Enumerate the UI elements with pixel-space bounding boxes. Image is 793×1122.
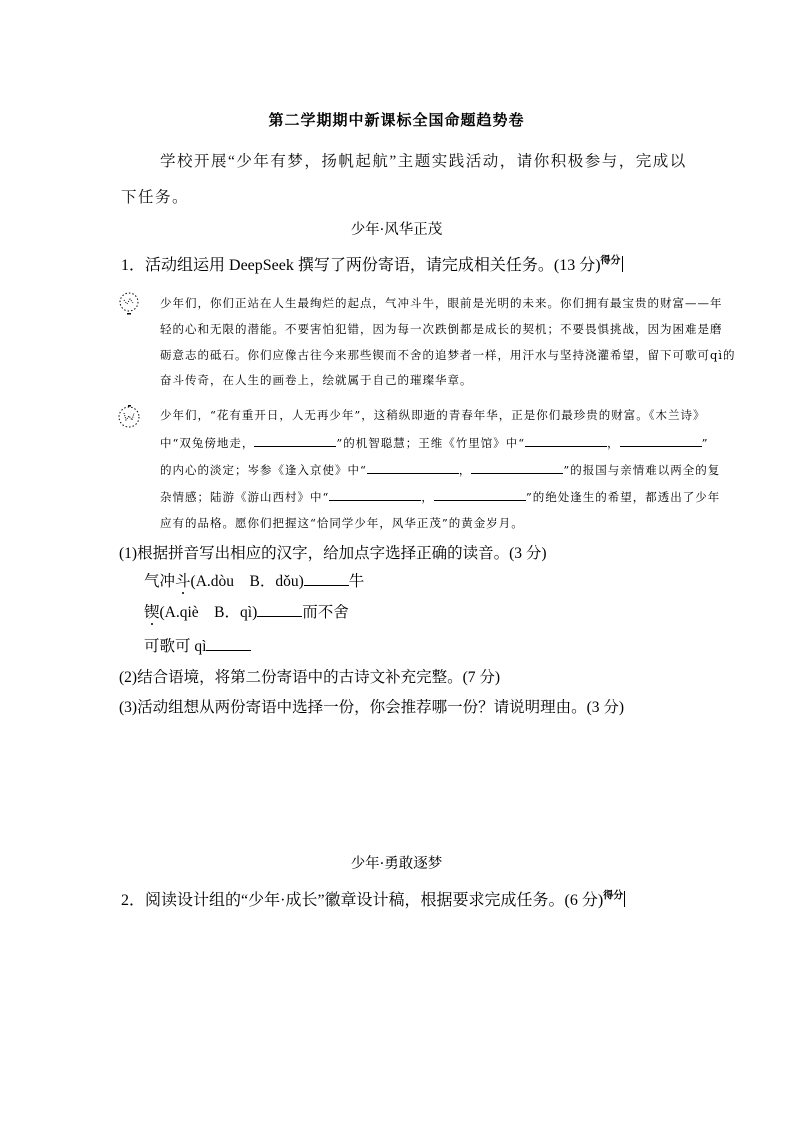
- score-input-cursor[interactable]: [622, 256, 623, 272]
- fill-blank[interactable]: [254, 434, 336, 447]
- text-segment: ”: [702, 436, 709, 450]
- answer-blank[interactable]: [304, 571, 349, 586]
- message-2-line-4: 杂情感；陆游《游山西村》中“，”的绝处逢生的希望，都透出了少年: [160, 484, 720, 510]
- intro-line-1: 学校开展“少年有梦，扬帆起航”主题实践活动，请你积极参与，完成以: [160, 149, 687, 171]
- fill-blank[interactable]: [434, 488, 526, 501]
- score-tag: 得分: [603, 891, 623, 902]
- pronunciation-options: (A.dòu B．dǒu): [191, 573, 304, 590]
- text-segment: ，: [459, 463, 472, 477]
- ai-avatar-icon: [116, 404, 142, 430]
- fill-blank[interactable]: [471, 461, 563, 474]
- text-segment: ”的机智聪慧；王维《竹里馆》中“: [336, 436, 525, 450]
- pinyin-item-3: 可歌可 qì: [144, 634, 251, 656]
- text-segment: 中“双兔傍地走，: [160, 436, 254, 450]
- answer-blank[interactable]: [257, 602, 302, 617]
- subquestion-3: (3)活动组想从两份寄语中选择一份，你会推荐哪一份？请说明理由。(3 分): [119, 695, 624, 717]
- message-1-line-4: 奋斗传奇，在人生的画卷上，绘就属于自己的璀璨华章。: [160, 367, 473, 393]
- message-2-line-3: 的内心的淡定；岑参《逢入京使》中“，”的报国与亲情难以两全的复: [160, 457, 720, 483]
- pronunciation-options: (A.qiè B．qì): [160, 604, 258, 621]
- score-tag: 得分: [601, 256, 621, 267]
- text-segment: ，: [421, 490, 434, 504]
- fill-blank[interactable]: [525, 434, 607, 447]
- text-segment: ，: [607, 436, 620, 450]
- subquestion-1: (1)根据拼音写出相应的汉字，给加点字选择正确的读音。(3 分): [119, 541, 547, 563]
- ai-avatar-icon: [116, 290, 142, 316]
- question-2: 2．阅读设计组的“少年·成长”徽章设计稿，根据要求完成任务。(6 分)得分: [121, 887, 625, 910]
- fill-blank[interactable]: [367, 461, 459, 474]
- message-1-line-2: 轻的心和无限的潜能。不要害怕犯错，因为每一次跌倒都是成长的契机；不要畏惧挑战，因…: [160, 316, 723, 342]
- fill-blank[interactable]: [329, 488, 421, 501]
- text-segment: 可歌可 qì: [144, 638, 206, 655]
- message-2-line-1: 少年们，“花有重开日，人无再少年”，这稍纵即逝的青春年华，正是你们最珍贵的财富。…: [160, 402, 706, 428]
- subquestion-2: (2)结合语境，将第二份寄语中的古诗文补充完整。(7 分): [119, 665, 500, 687]
- text-segment: 而不舍: [302, 604, 349, 621]
- score-input-cursor[interactable]: [624, 891, 625, 907]
- message-2-line-5: 应有的品格。愿你们把握这“恰同学少年，风华正茂”的黄金岁月。: [160, 510, 524, 536]
- question-1: 1．活动组运用 DeepSeek 撰写了两份寄语，请完成相关任务。(13 分)得…: [121, 252, 623, 275]
- text-segment: ”的报国与亲情难以两全的复: [563, 463, 720, 477]
- text-segment: 的内心的淡定；岑参《逢入京使》中“: [160, 463, 367, 477]
- text-segment: 牛: [349, 573, 365, 590]
- pinyin-item-1: 气冲斗(A.dòu B．dǒu)牛: [144, 569, 364, 591]
- question-text: 阅读设计组的“少年·成长”徽章设计稿，根据要求完成任务。(6 分): [145, 892, 603, 909]
- section-heading-1: 少年·风华正茂: [0, 218, 793, 239]
- intro-line-2: 下任务。: [121, 185, 189, 207]
- message-1-line-1: 少年们，你们正站在人生最绚烂的起点，气冲斗牛，眼前是光明的未来。你们拥有最宝贵的…: [160, 290, 723, 316]
- dotted-char: 斗: [175, 573, 191, 590]
- dotted-char: 锲: [144, 604, 160, 621]
- fill-blank[interactable]: [620, 434, 702, 447]
- question-number: 1．: [121, 257, 145, 274]
- question-number: 2．: [121, 892, 145, 909]
- pinyin-item-2: 锲(A.qiè B．qì)而不舍: [144, 600, 349, 622]
- answer-blank[interactable]: [206, 636, 251, 651]
- section-heading-2: 少年·勇敢逐梦: [0, 852, 793, 873]
- text-segment: ”的绝处逢生的希望，都透出了少年: [526, 490, 720, 504]
- message-1-line-3: 砺意志的砥石。你们应像古往今来那些锲而不舍的追梦者一样，用汗水与坚持浇灌希望，留…: [160, 342, 736, 368]
- text-segment: 杂情感；陆游《游山西村》中“: [160, 490, 329, 504]
- page-title: 第二学期期中新课标全国命题趋势卷: [0, 109, 793, 130]
- text-segment: 气冲: [144, 573, 175, 590]
- message-2-line-2: 中“双兔傍地走，”的机智聪慧；王维《竹里馆》中“，”: [160, 430, 709, 456]
- question-text: 活动组运用 DeepSeek 撰写了两份寄语，请完成相关任务。(13 分): [145, 257, 601, 274]
